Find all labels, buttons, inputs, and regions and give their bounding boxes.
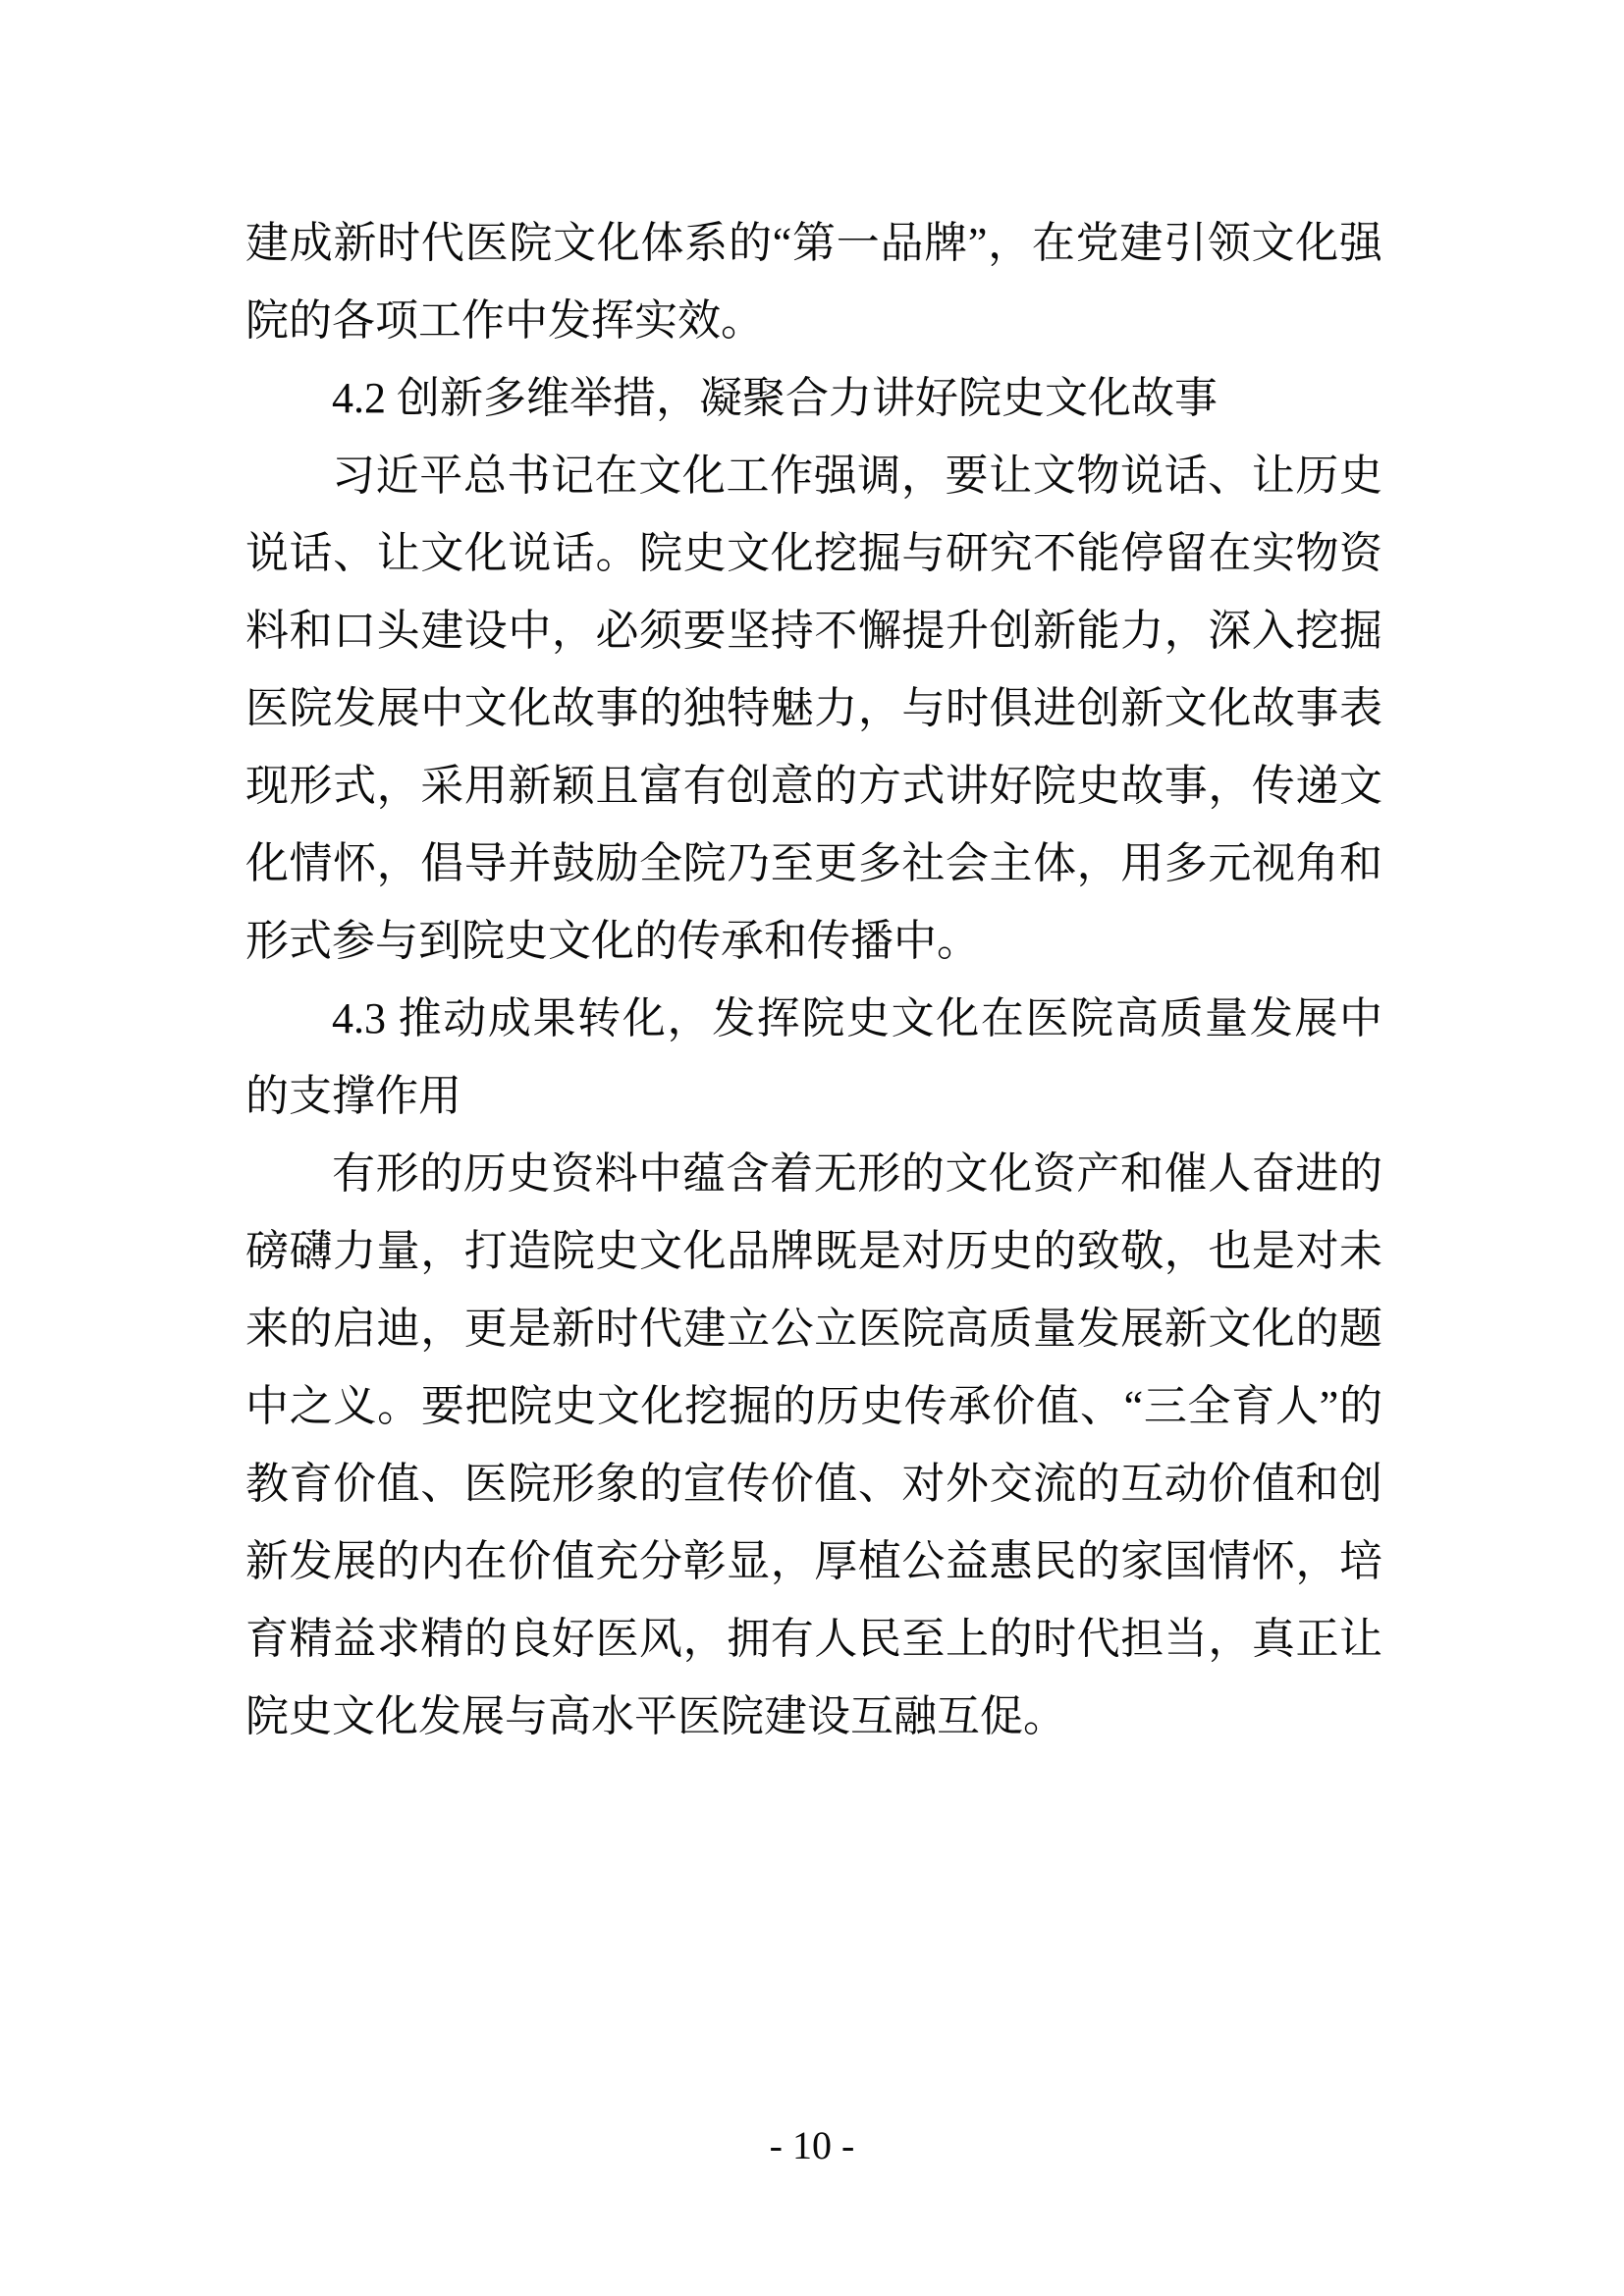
paragraph-section-4-3: 有形的历史资料中蕴含着无形的文化资产和催人奋进的磅礴力量，打造院史文化品牌既是对… bbox=[245, 1135, 1382, 1755]
page-number: - 10 - bbox=[0, 2122, 1624, 2169]
document-body: 建成新时代医院文化体系的“第一品牌”，在党建引领文化强院的各项工作中发挥实效。 … bbox=[245, 204, 1382, 1755]
document-page: 建成新时代医院文化体系的“第一品牌”，在党建引领文化强院的各项工作中发挥实效。 … bbox=[0, 0, 1624, 2296]
section-heading-4-2: 4.2 创新多维举措，凝聚合力讲好院史文化故事 bbox=[245, 359, 1382, 437]
section-heading-4-3: 4.3 推动成果转化，发挥院史文化在医院高质量发展中的支撑作用 bbox=[245, 980, 1382, 1135]
paragraph-continuation: 建成新时代医院文化体系的“第一品牌”，在党建引领文化强院的各项工作中发挥实效。 bbox=[245, 204, 1382, 359]
paragraph-section-4-2: 习近平总书记在文化工作强调，要让文物说话、让历史说话、让文化说话。院史文化挖掘与… bbox=[245, 437, 1382, 980]
